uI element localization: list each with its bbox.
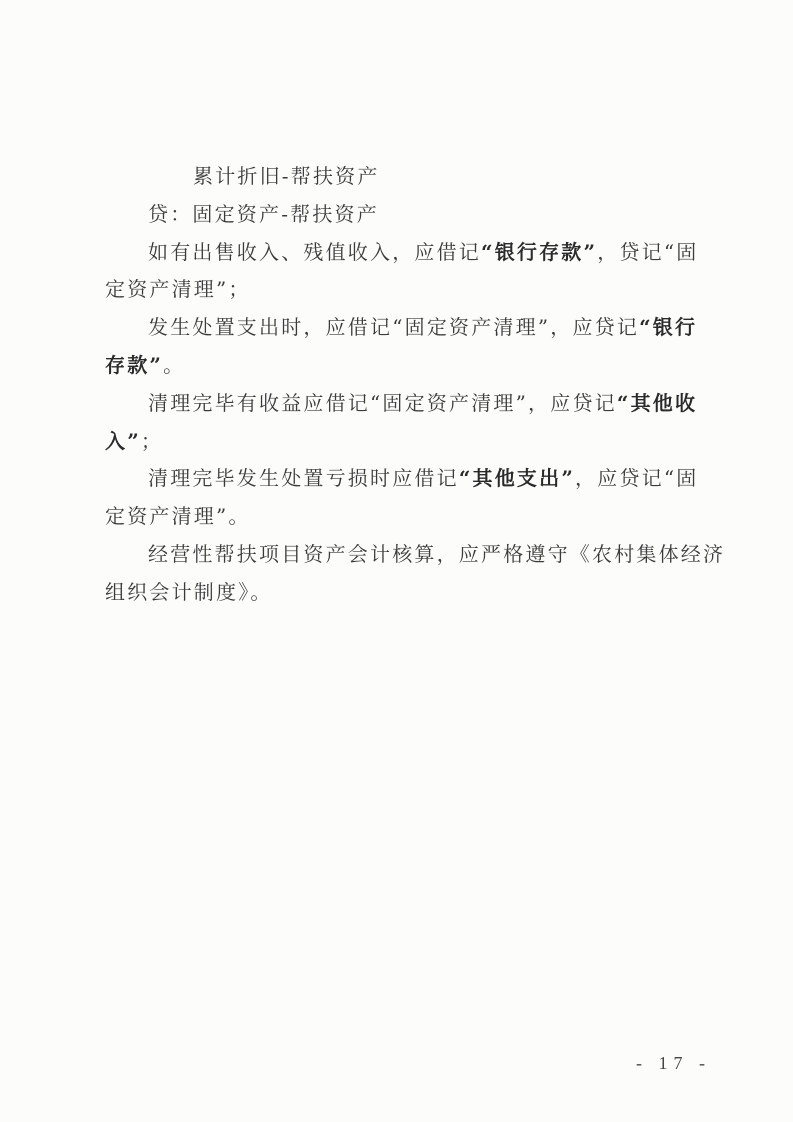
paragraph-clearing-loss-cont: 定资产清理”。 <box>105 498 695 536</box>
paragraph-clearing-gain: 清理完毕有收益应借记“固定资产清理”，应贷记“其他收 <box>105 385 695 423</box>
paragraph-clearing-loss: 清理完毕发生处置亏损时应借记“其他支出”，应贷记“固 <box>105 460 695 498</box>
paragraph-sale-income: 如有出售收入、残值收入，应借记“银行存款”，贷记“固 <box>105 234 695 272</box>
text: ，应贷记“固 <box>575 466 698 490</box>
bold-term-bank-deposit: 存款” <box>105 353 163 377</box>
text: 定资产清理”； <box>105 277 251 301</box>
text: 。 <box>163 353 185 377</box>
bold-term-bank-deposit: “银行 <box>639 315 697 339</box>
text: ； <box>141 429 163 453</box>
document-body: 累计折旧-帮扶资产 贷：固定资产-帮扶资产 如有出售收入、残值收入，应借记“银行… <box>105 158 695 612</box>
credit-fixed-assets-line: 贷：固定资产-帮扶资产 <box>105 196 695 234</box>
paragraph-accounting-rules-cont: 组织会计制度》。 <box>105 574 695 612</box>
accumulated-depreciation-line: 累计折旧-帮扶资产 <box>105 158 695 196</box>
page-number: - 17 - <box>636 1053 711 1074</box>
paragraph-clearing-gain-cont: 入”； <box>105 423 695 461</box>
paragraph-accounting-rules: 经营性帮扶项目资产会计核算，应严格遵守《农村集体经济 <box>105 536 695 574</box>
text: 清理完毕发生处置亏损时应借记 <box>148 466 459 490</box>
text: 经营性帮扶项目资产会计核算，应严格遵守《农村集体经济 <box>148 542 725 566</box>
bold-term-other-income: 入” <box>105 429 141 453</box>
document-page: 累计折旧-帮扶资产 贷：固定资产-帮扶资产 如有出售收入、残值收入，应借记“银行… <box>0 0 793 1122</box>
text: ，贷记“固 <box>597 240 698 264</box>
text: 如有出售收入、残值收入，应借记 <box>148 240 481 264</box>
paragraph-disposal-expense-cont: 存款”。 <box>105 347 695 385</box>
text: 组织会计制度》。 <box>105 580 273 604</box>
bold-term-bank-deposit: “银行存款” <box>481 240 597 264</box>
bold-term-other-expense: “其他支出” <box>459 466 575 490</box>
text: 发生处置支出时，应借记“固定资产清理”，应贷记 <box>148 315 639 339</box>
text: 累计折旧-帮扶资产 <box>193 164 380 188</box>
text: 贷：固定资产-帮扶资产 <box>148 202 379 226</box>
text: 定资产清理”。 <box>105 504 251 528</box>
bold-term-other-income: “其他收 <box>617 391 697 415</box>
paragraph-disposal-expense: 发生处置支出时，应借记“固定资产清理”，应贷记“银行 <box>105 309 695 347</box>
paragraph-sale-income-cont: 定资产清理”； <box>105 271 695 309</box>
text: 清理完毕有收益应借记“固定资产清理”，应贷记 <box>148 391 617 415</box>
